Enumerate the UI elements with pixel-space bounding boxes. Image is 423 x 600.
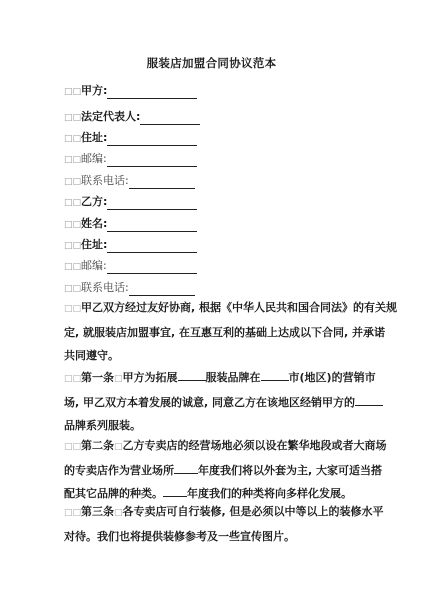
text: 市(地区)的营销市 [289,371,376,384]
fill-blank[interactable] [107,154,197,167]
indent-placeholder: □□ [64,113,81,123]
article-heading: 第二条 [81,439,114,452]
text-line: 对待。我们也将提供装修参考及一些宣传图片。 [64,525,364,548]
field-label: 甲方: [81,84,107,97]
party-a-phone-field: □□联系电话: [64,174,195,189]
text: 年度我们的种类将向多样化发展。 [187,487,352,500]
indent-placeholder: □□ [64,284,81,294]
indent-placeholder: □□ [64,220,81,230]
field-label: 邮编: [81,152,107,165]
text-line: 定, 就服装店加盟事宜, 在互惠互利的基础上达成以下合同, 并承诺 [64,321,364,344]
fill-blank[interactable] [107,261,197,274]
field-label: 法定代表人: [81,110,140,123]
text-line: 场, 甲乙双方本着发展的诚意, 同意乙方在该地区经销甲方的 [64,391,364,414]
text-line: 共同遵守。 [64,344,364,367]
fill-blank[interactable] [261,368,289,381]
field-label: 姓名: [81,217,107,230]
party-a-address-field: □□住址: [64,131,197,146]
party-b-name-field: □□姓名: [64,217,197,232]
fill-blank[interactable] [178,368,206,381]
fill-blank[interactable] [107,86,197,99]
fill-blank[interactable] [129,283,195,296]
text: 年度我们将以外套为主, 大家可适当搭 [198,464,382,477]
article-heading: 第一条 [81,371,114,384]
text-line: □□第三条□各专卖店可自行装修, 但是必须以中等以上的装修水平 [64,500,364,525]
text: 配其它品牌的种类。 [64,487,163,500]
article-heading: 第三条 [81,505,114,518]
text: 的专卖店作为营业场所 [64,464,174,477]
field-label: 住址: [81,238,107,251]
preamble-paragraph: □□甲乙双方经过友好协商, 根据《中华人民共和国合同法》的有关规 定, 就服装店… [64,296,364,367]
fill-blank[interactable] [140,112,200,125]
party-b-address-field: □□住址: [64,238,197,253]
article-1-paragraph: □□第一条□甲方为拓展服装品牌在市(地区)的营销市 场, 甲乙双方本着发展的诚意… [64,366,364,437]
text: 场, 甲乙双方本着发展的诚意, 同意乙方在该地区经销甲方的 [64,396,355,409]
text: 甲乙双方经过友好协商, 根据《中华人民共和国合同法》的有关规 [81,301,397,314]
field-label: 联系电话: [81,174,129,187]
text: 各专卖店可自行装修, 但是必须以中等以上的装修水平 [123,505,384,518]
text: 乙方专卖店的经营场地必须以设在繁华地段或者大商场 [123,439,387,452]
field-label: 住址: [81,131,107,144]
text: 服装品牌在 [206,371,261,384]
text: 甲方为拓展 [123,371,178,384]
text-line: □□第二条□乙方专卖店的经营场地必须以设在繁华地段或者大商场 [64,434,364,459]
party-a-field: □□甲方: [64,84,197,99]
field-label: 乙方: [81,195,107,208]
article-3-paragraph: □□第三条□各专卖店可自行装修, 但是必须以中等以上的装修水平 对待。我们也将提… [64,500,364,548]
indent-placeholder: □□ [64,134,81,144]
indent-placeholder: □□ [64,241,81,251]
indent-placeholder: □□ [64,508,81,518]
indent-placeholder: □□ [64,155,81,165]
text-line: 的专卖店作为营业场所年度我们将以外套为主, 大家可适当搭 [64,459,364,482]
text-line: □□第一条□甲方为拓展服装品牌在市(地区)的营销市 [64,366,364,391]
fill-blank[interactable] [107,197,197,210]
indent-placeholder: □□ [64,198,81,208]
fill-blank[interactable] [174,461,198,474]
article-2-paragraph: □□第二条□乙方专卖店的经营场地必须以设在繁华地段或者大商场 的专卖店作为营业场… [64,434,364,505]
fill-blank[interactable] [107,240,197,253]
field-label: 邮编: [81,259,107,272]
indent-placeholder: □□ [64,87,81,97]
party-b-field: □□乙方: [64,195,197,210]
fill-blank[interactable] [163,484,187,497]
indent-placeholder: □□ [64,374,81,384]
indent-placeholder: □□ [64,177,81,187]
text-line: □□甲乙双方经过友好协商, 根据《中华人民共和国合同法》的有关规 [64,296,364,321]
fill-blank[interactable] [355,393,383,406]
indent-placeholder: □□ [64,442,81,452]
fill-blank[interactable] [107,219,197,232]
field-label: 联系电话: [81,281,129,294]
party-b-postcode-field: □□邮编: [64,259,197,274]
fill-blank[interactable] [107,133,197,146]
party-a-postcode-field: □□邮编: [64,152,197,167]
party-b-phone-field: □□联系电话: [64,281,195,296]
fill-blank[interactable] [129,176,195,189]
indent-placeholder: □□ [64,304,81,314]
indent-placeholder: □□ [64,262,81,272]
legal-representative-field: □□法定代表人: [64,110,200,125]
document-title: 服装店加盟合同协议范本 [0,55,423,71]
